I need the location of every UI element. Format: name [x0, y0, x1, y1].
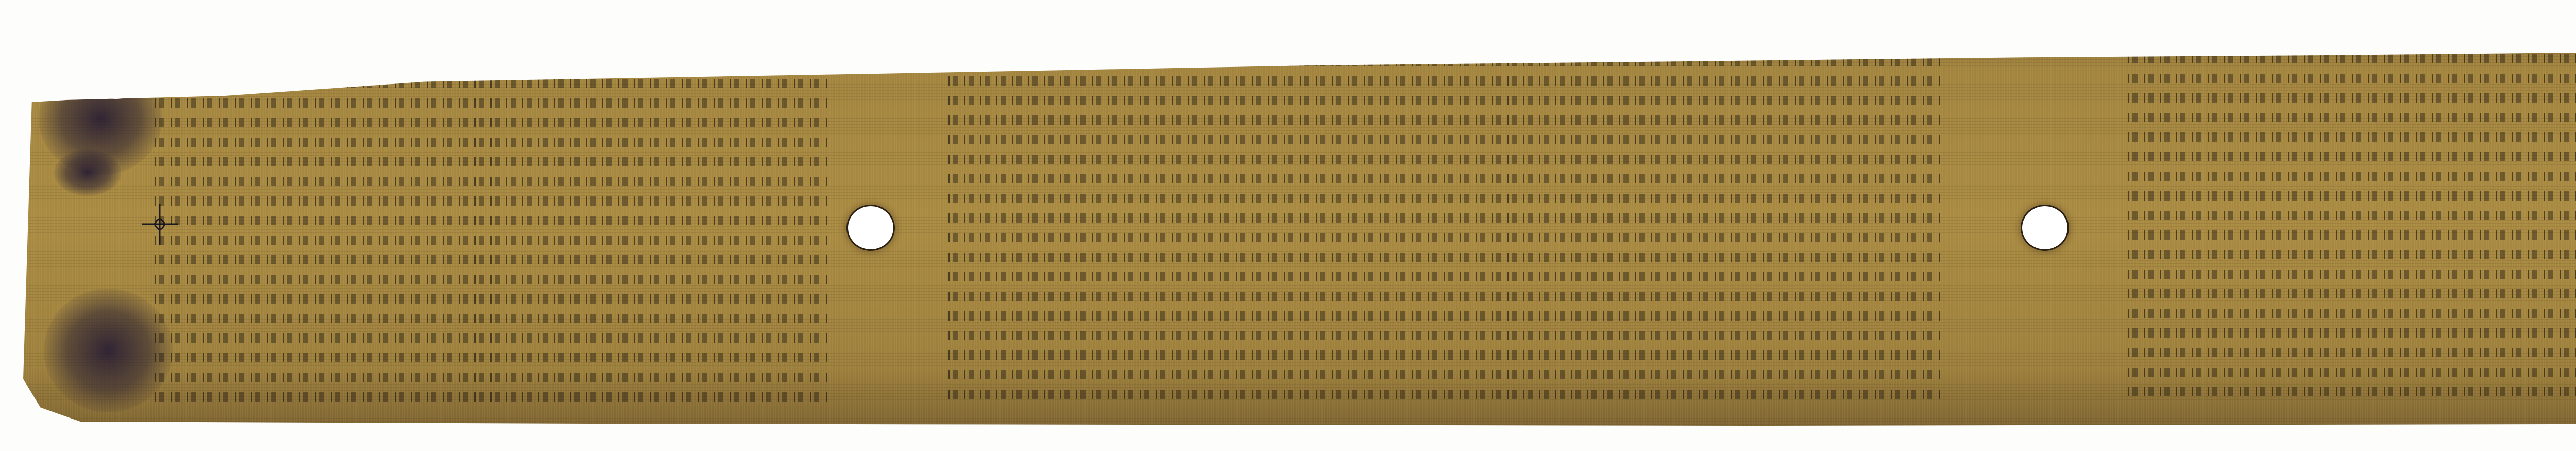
text-column-middle: [945, 52, 1940, 404]
string-hole-left: [848, 206, 893, 249]
string-hole-right: [2022, 206, 2067, 249]
leaf-tear-small: [106, 93, 126, 99]
text-column-right: [2125, 49, 2576, 402]
text-column-left: [152, 54, 827, 407]
palm-leaf: [23, 21, 2576, 428]
leaf-tear-top: [152, 59, 214, 71]
ink-stain-mid-left: [54, 149, 121, 196]
